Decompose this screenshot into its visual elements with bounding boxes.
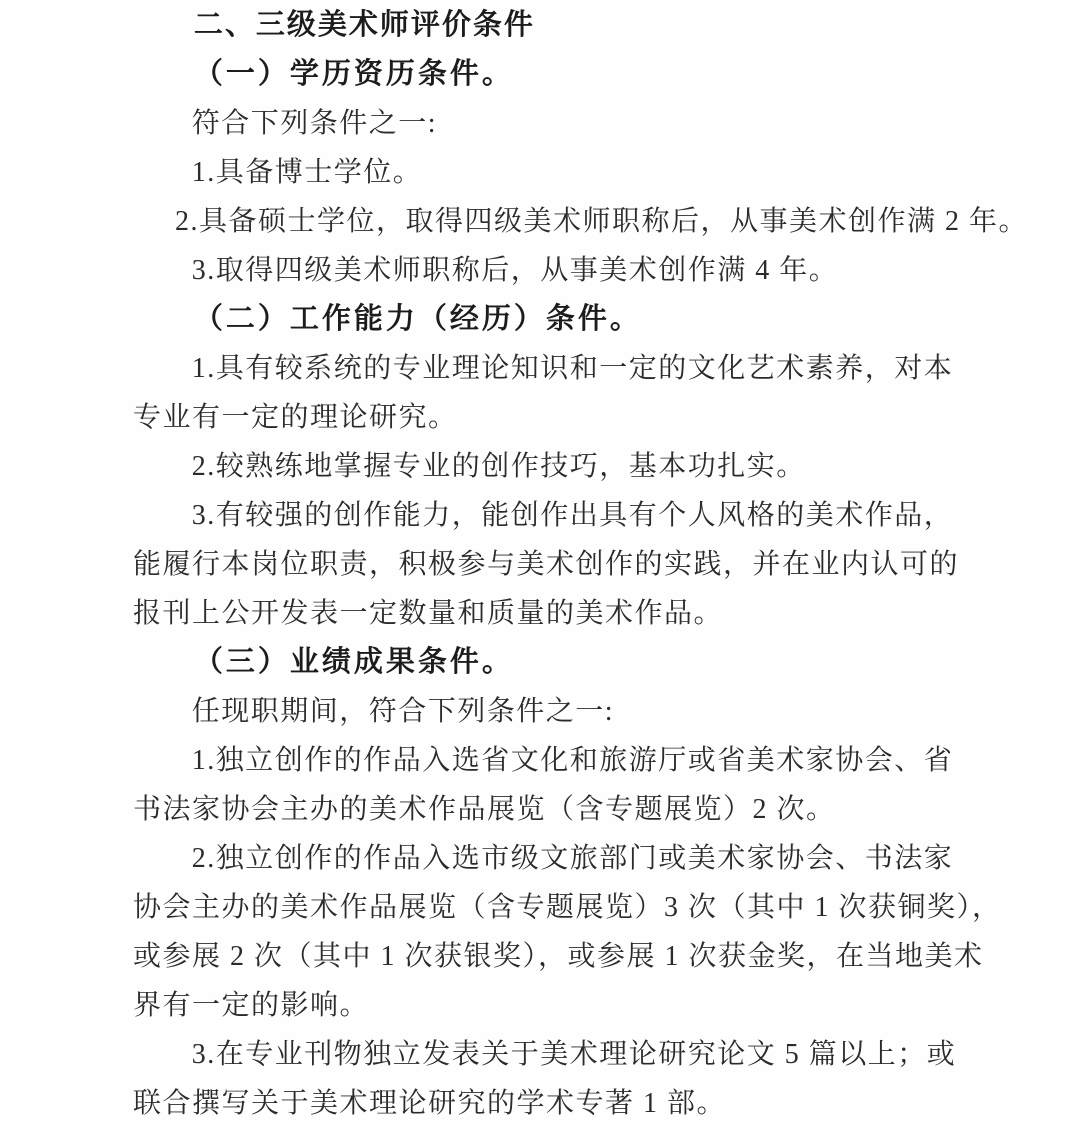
subsection-heading-2: （二）工作能力（经历）条件。 [133, 295, 1080, 344]
paragraph-item: 2.独立创作的作品入选市级文旅部门或美术家协会、书法家 [133, 834, 1080, 883]
paragraph-item: 3.有较强的创作能力，能创作出具有个人风格的美术作品， [133, 491, 1080, 540]
paragraph-continuation: 报刊上公开发表一定数量和质量的美术作品。 [133, 589, 1080, 638]
paragraph-continuation: 或参展 2 次（其中 1 次获银奖），或参展 1 次获金奖，在当地美术 [133, 932, 1080, 981]
paragraph-continuation: 界有一定的影响。 [133, 981, 1080, 1030]
paragraph-continuation: 书法家协会主办的美术作品展览（含专题展览）2 次。 [133, 785, 1080, 834]
section-heading: 二、三级美术师评价条件 [133, 1, 1080, 50]
paragraph-continuation: 联合撰写关于美术理论研究的学术专著 1 部。 [133, 1079, 1080, 1126]
paragraph-intro-2: 任现职期间，符合下列条件之一: [133, 687, 1080, 736]
paragraph-item: 1.独立创作的作品入选省文化和旅游厅或省美术家协会、省 [133, 736, 1080, 785]
subsection-heading-1: （一）学历资历条件。 [133, 50, 1080, 99]
paragraph-continuation: 专业有一定的理论研究。 [133, 393, 1080, 442]
paragraph-item: 3.在专业刊物独立发表关于美术理论研究论文 5 篇以上；或 [133, 1030, 1080, 1079]
paragraph-item: 1.具有较系统的专业理论知识和一定的文化艺术素养，对本 [133, 344, 1080, 393]
document-page: 二、三级美术师评价条件 （一）学历资历条件。 符合下列条件之一: 1.具备博士学… [0, 0, 1080, 1126]
paragraph-item: 1.具备博士学位。 [133, 148, 1080, 197]
paragraph-intro-1: 符合下列条件之一: [133, 99, 1080, 148]
paragraph-item: 3.取得四级美术师职称后，从事美术创作满 4 年。 [133, 246, 1080, 295]
paragraph-continuation: 协会主办的美术作品展览（含专题展览）3 次（其中 1 次获铜奖）， [133, 883, 1080, 932]
paragraph-continuation: 能履行本岗位职责，积极参与美术创作的实践，并在业内认可的 [133, 540, 1080, 589]
subsection-heading-3: （三）业绩成果条件。 [133, 638, 1080, 687]
paragraph-item: 2.较熟练地掌握专业的创作技巧，基本功扎实。 [133, 442, 1080, 491]
paragraph-item: 2.具备硕士学位，取得四级美术师职称后，从事美术创作满 2 年。 [133, 197, 1080, 246]
